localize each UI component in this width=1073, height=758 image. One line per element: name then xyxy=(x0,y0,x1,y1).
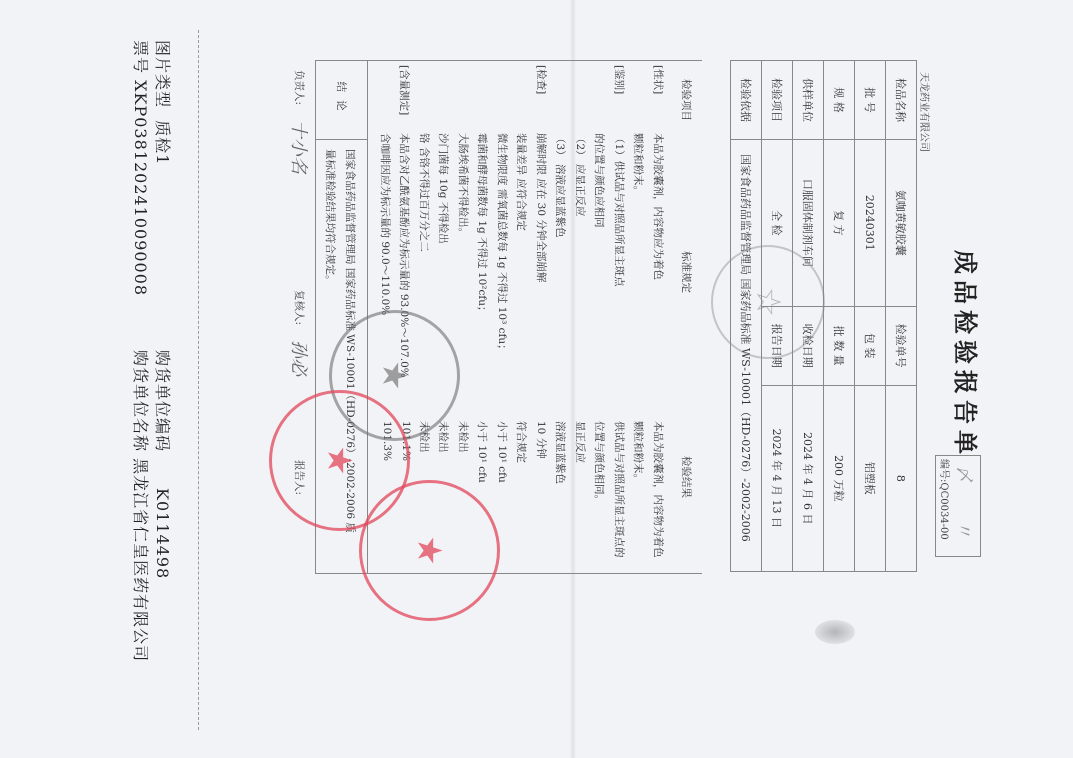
item-section: [性状] xyxy=(651,65,666,94)
field-row: 规 格复 方批 数 量200 万粒 xyxy=(824,61,855,572)
field-row: 批 号20240301包 装铝塑板 xyxy=(855,61,886,572)
item-standard: 大肠埃希菌不得检出。 xyxy=(456,133,471,238)
serial-label: 编号: xyxy=(938,459,949,482)
field-label: 批 号 xyxy=(855,61,886,140)
item-result: 符合规定 xyxy=(515,421,530,463)
item-standard: 沙门菌每 10g 不得检出 xyxy=(437,133,452,244)
item-section: [鉴别] xyxy=(612,65,627,94)
item-standard: 微生物限度 需氧菌总数每 1g 不得过 10³ cfu； xyxy=(495,133,510,355)
reviewer-signature: 孙必 xyxy=(287,340,313,376)
buyer-name: 购货单位名称 黑龙江省仁皇医药有限公司 xyxy=(130,350,153,662)
item-standard: 铬 含铬不得过百万分之二 xyxy=(417,133,432,252)
image-type-label: 图片类型 xyxy=(153,40,172,108)
buyer-name-label: 购货单位名称 xyxy=(131,350,150,452)
item-standard: 装量差异 应符合规定 xyxy=(515,133,530,231)
item-result: 颗粒和粉末。 xyxy=(632,421,647,484)
star-icon: ★ xyxy=(323,445,357,475)
item-result: 显正反应 xyxy=(573,421,588,463)
items-header-result: 检验结果 xyxy=(679,456,694,498)
field-value: 复 方 xyxy=(824,140,855,307)
field-label: 批 数 量 xyxy=(824,306,855,385)
image-type: 图片类型 质检1 xyxy=(152,40,175,165)
image-type-value: 质检1 xyxy=(153,120,172,165)
field-value: 铝塑板 xyxy=(855,385,886,571)
item-result: 未检出 xyxy=(456,421,471,453)
serial-number-box: 〆 〃 编号:QC0034-00 xyxy=(935,455,981,557)
field-value: 2024 年 4 月 13 日 xyxy=(762,385,793,571)
star-icon: ★ xyxy=(413,535,447,565)
item-section: [含量测定] xyxy=(398,65,413,115)
item-standard: 颗粒和粉末。 xyxy=(632,133,647,196)
field-label: 检验单号 xyxy=(886,306,917,385)
field-value: 8 xyxy=(886,385,917,571)
field-label: 规 格 xyxy=(824,61,855,140)
field-value: 氨咖黄敏胶囊 xyxy=(886,140,917,307)
handwritten-mark: 〆 〃 xyxy=(952,466,978,550)
buyer-code-value: K0114498 xyxy=(153,488,172,579)
serial-value: QC0034-00 xyxy=(938,482,949,539)
item-result: 供试品与对照品所显主斑点的 xyxy=(612,421,627,558)
items-header-item: 检验项目 xyxy=(679,79,694,121)
ink-smudge xyxy=(815,620,855,644)
report-title: 成品检验报告单 xyxy=(950,60,985,650)
star-icon: ☆ xyxy=(751,287,785,317)
ticket-label: 票号 xyxy=(131,40,150,74)
qc-seal-stamp: ☆ xyxy=(711,245,825,359)
company-name: 天龙药业有限公司 xyxy=(918,72,933,152)
item-standard: 本品为胶囊剂，内容物应为着色 xyxy=(651,133,666,280)
item-standard: 霉菌和酵母菌数每 1g 不得过 10²cfu； xyxy=(476,133,491,317)
item-standard: 的位置与颜色应相同 xyxy=(593,133,608,228)
inspection-report-page: 成品检验报告单 〆 〃 编号:QC0034-00 天龙药业有限公司 检品名称氨咖… xyxy=(250,60,985,650)
item-result: 溶液显蓝紫色 xyxy=(554,421,569,484)
responsible-signature: 十小名 xyxy=(287,120,313,174)
serial-number: 编号:QC0034-00 xyxy=(938,459,953,540)
item-standard: （2） 应显正反应 xyxy=(573,133,588,217)
item-standard: 崩解时限 应在 30 分钟全部崩解 xyxy=(534,133,549,282)
field-value: 20240301 xyxy=(855,140,886,307)
item-standard: 含咖啡因应为标示量的 90.0～110.0% xyxy=(378,133,393,315)
buyer-name-value: 黑龙江省仁皇医药有限公司 xyxy=(131,458,150,662)
field-value: 200 万粒 xyxy=(824,385,855,571)
conclusion-label: 结论 xyxy=(316,61,368,140)
ticket-number: 票号 XKP0381202410090008 xyxy=(130,40,153,296)
item-result: 小于 10¹ cfu xyxy=(476,421,491,483)
item-result: 小于 10¹ cfu xyxy=(495,421,510,483)
responsible-label: 负责人: xyxy=(292,70,307,105)
field-label: 供样单位 xyxy=(793,61,824,140)
star-icon: ★ xyxy=(378,360,412,390)
field-row: 检品名称氨咖黄敏胶囊检验单号8 xyxy=(886,61,917,572)
field-label: 检品名称 xyxy=(886,61,917,140)
item-standard: （1）供试品与对照品所显主斑点 xyxy=(612,133,627,287)
item-result: 位置与颜色相同。 xyxy=(593,421,608,505)
buyer-code: 购货单位编码K0114498 xyxy=(152,350,175,579)
basis-label: 检验依据 xyxy=(731,61,762,140)
item-result: 未检出 xyxy=(437,421,452,453)
item-section: [检查] xyxy=(534,65,549,94)
reviewer-label: 复核人: xyxy=(292,290,307,325)
bill-info: 图片类型 质检1 票号 XKP0381202410090008 购货单位编码K0… xyxy=(115,40,175,700)
field-label: 检验项目 xyxy=(762,61,793,140)
item-result: 10 分钟 xyxy=(534,421,549,459)
perforation-line xyxy=(198,30,199,730)
item-standard: （3） 溶液应显蓝紫色 xyxy=(554,133,569,238)
buyer-code-label: 购货单位编码 xyxy=(153,350,172,452)
item-result: 本品为胶囊剂，内容物为着色 xyxy=(651,421,666,558)
ticket-value: XKP0381202410090008 xyxy=(131,80,150,296)
items-header-standard: 标准规定 xyxy=(679,251,694,293)
buyer-seal-stamp-2: ★ xyxy=(359,480,500,621)
field-value: 2024 年 4 月 6 日 xyxy=(793,385,824,571)
field-label: 包 装 xyxy=(855,306,886,385)
